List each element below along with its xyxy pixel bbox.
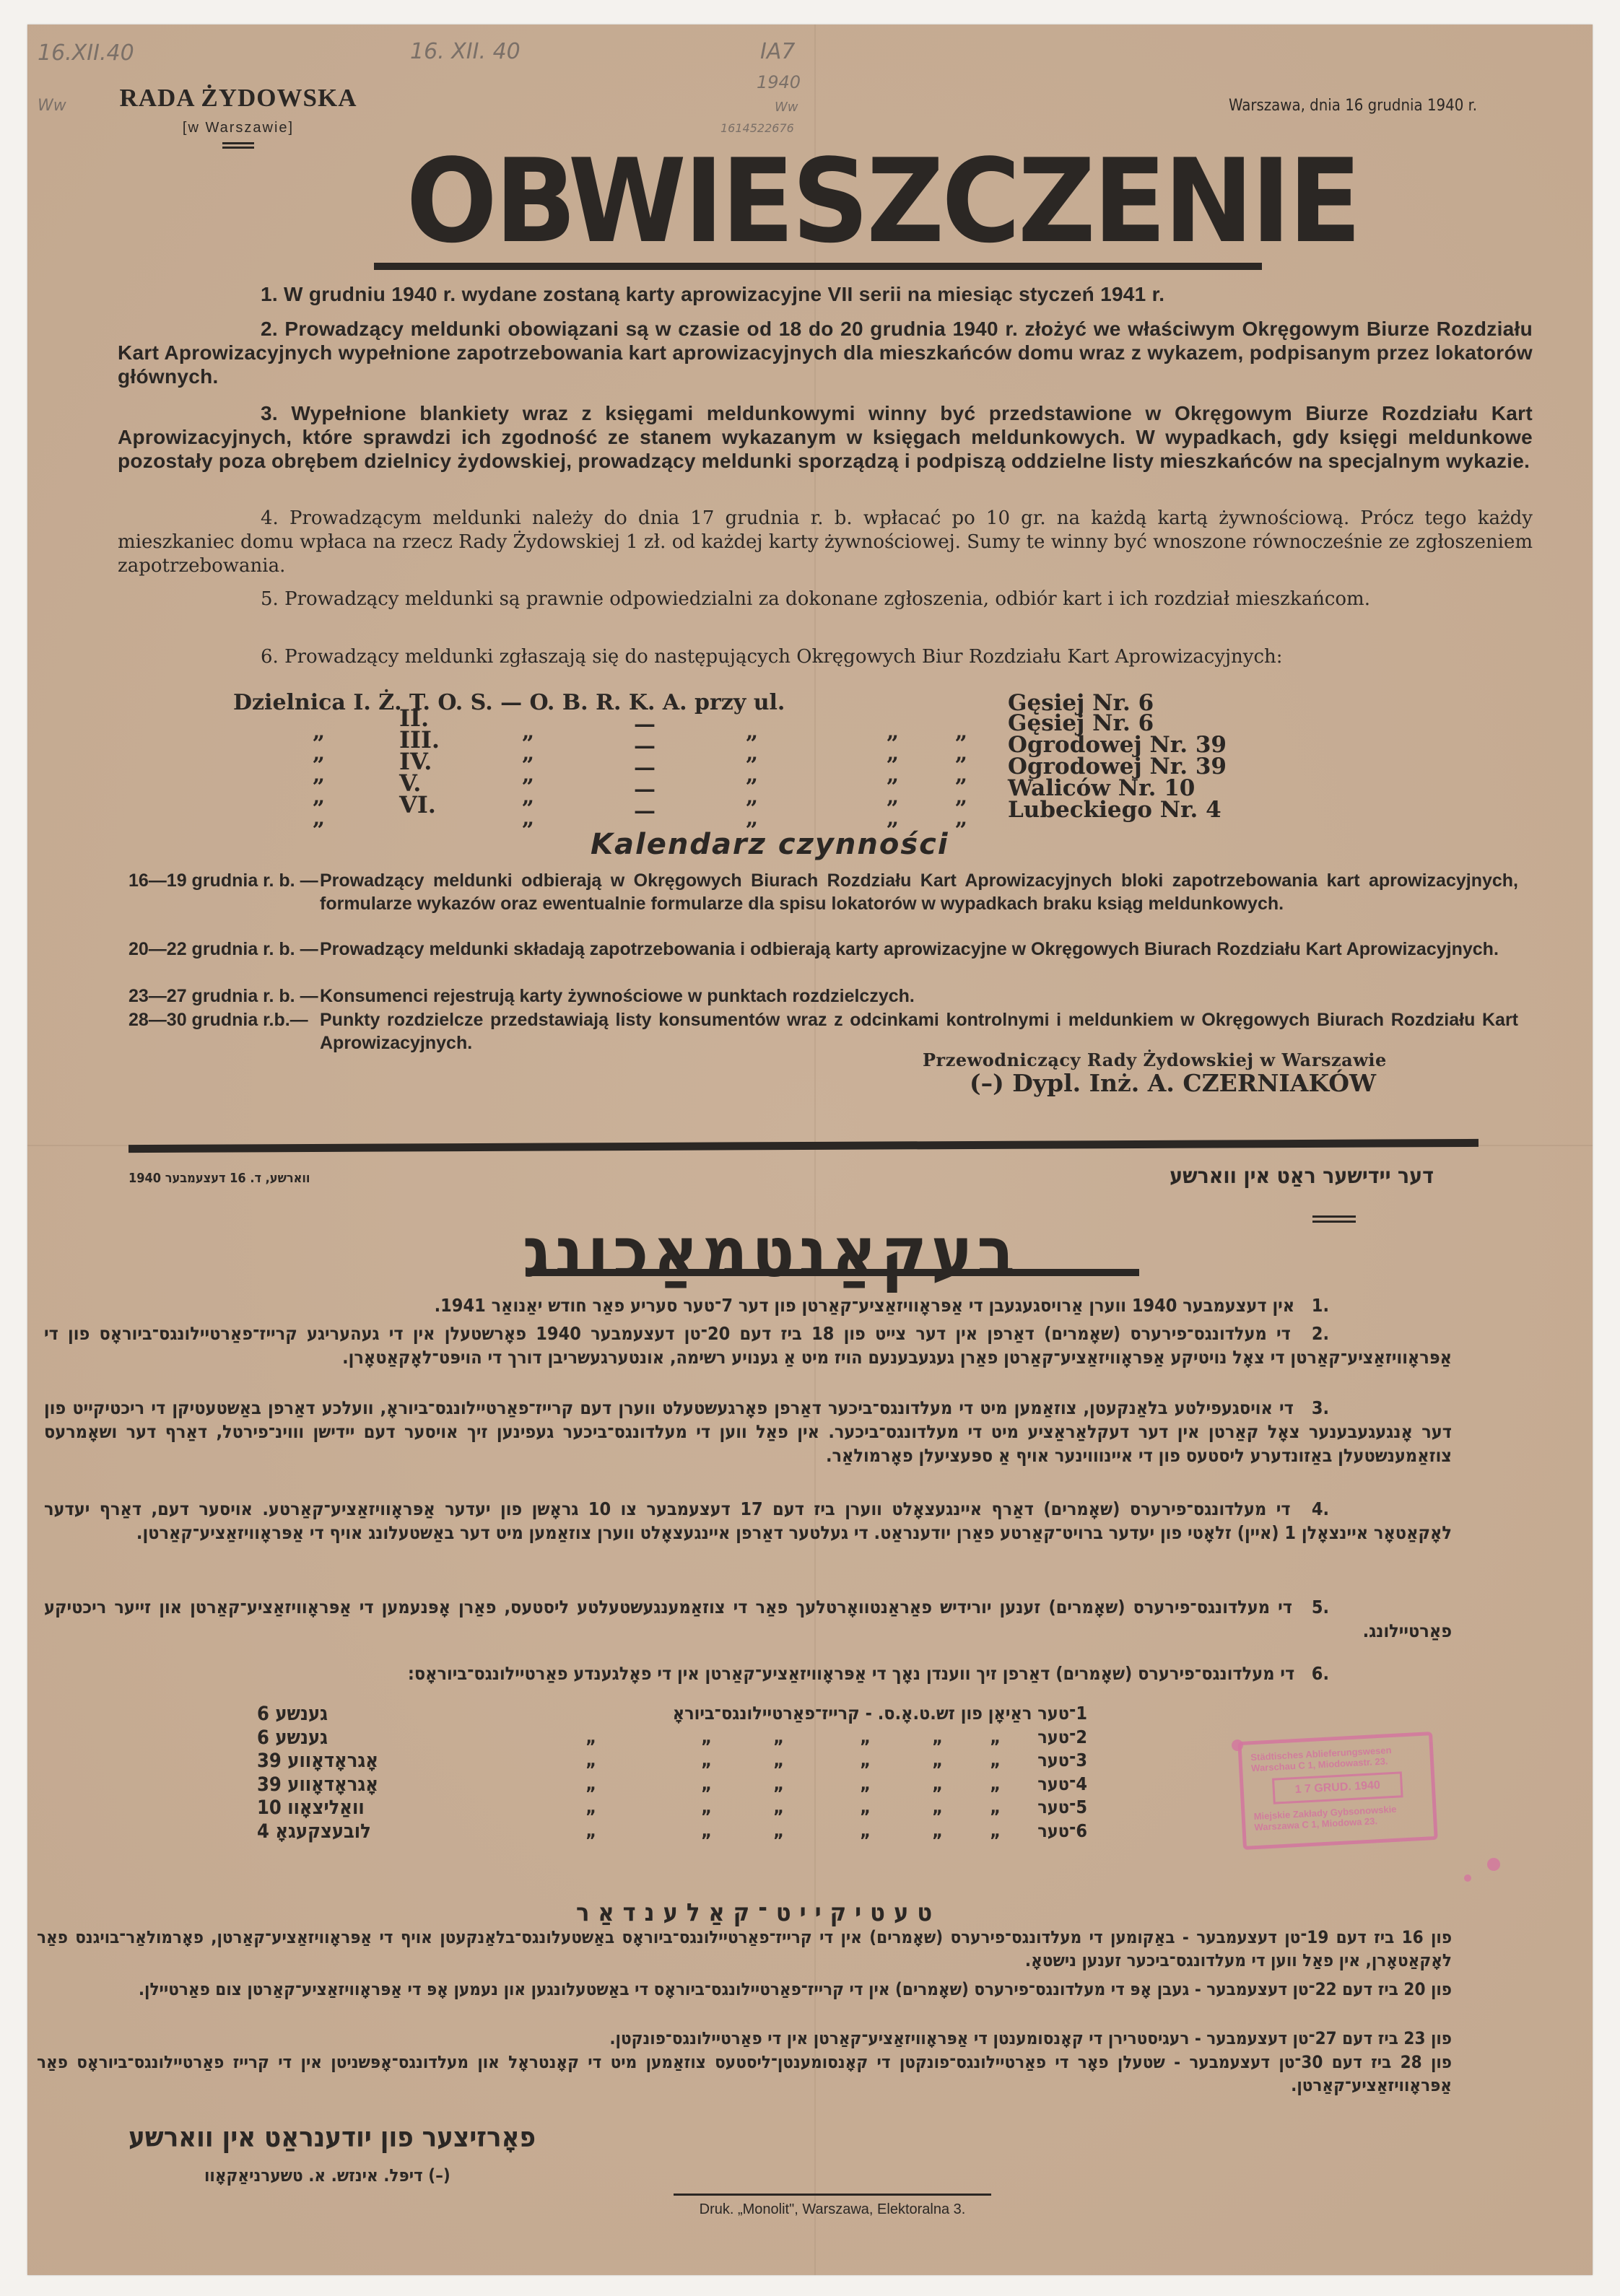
paragraph-2: 2. Prowadzący meldunki obowiązani są w c… <box>118 317 1533 388</box>
ditto-mark: „ <box>746 806 758 831</box>
ditto-mark: „ <box>932 1750 943 1771</box>
paragraph-number: .3 <box>1300 1396 1329 1420</box>
paragraph-text: די אויסגעפילטע בלאַנקעטן, צוזאַמען מיט ד… <box>44 1397 1452 1466</box>
ditto-mark: „ <box>313 806 325 831</box>
ditto-mark: „ <box>990 1750 1001 1771</box>
district-number: VI. <box>399 791 436 819</box>
section-divider <box>129 1139 1479 1153</box>
ditto-mark: „ <box>701 1820 712 1841</box>
ditto-mark: „ <box>701 1750 712 1771</box>
paragraph-number: .4 <box>1300 1497 1329 1521</box>
yiddish-signature-title: פאָרזיצער פון יודענראַט אין ווארשע <box>129 2121 536 2153</box>
paragraph-number: .6 <box>1300 1662 1329 1685</box>
ditto-mark: „ <box>773 1797 784 1817</box>
yiddish-paragraph: .4 די מעלדונגס־פירערס (שאָמרים) דאַרף אי… <box>44 1497 1452 1545</box>
paragraph-number: .5 <box>1300 1595 1329 1619</box>
calendar-text: Prowadzący meldunki składają zapotrzebow… <box>320 938 1518 961</box>
calendar-text: Punkty rozdzielcze przedstawiają listy k… <box>320 1008 1518 1055</box>
ink-spot <box>1487 1858 1500 1871</box>
issuer-block: RADA ŻYDOWSKA [w Warszawie] <box>101 84 375 149</box>
pencil-note-signature: IA7 <box>760 39 795 64</box>
calendar-dates: 20—22 grudnia r. b. — <box>129 938 318 961</box>
district-row-1: Dzielnica I. Ż. T. O. S. — O. B. R. K. A… <box>233 690 785 715</box>
ditto-mark: „ <box>990 1820 1001 1841</box>
dash-mark: — <box>634 798 656 824</box>
district-number: 6־טער <box>1037 1820 1087 1841</box>
pencil-note-ww-right: Ww <box>775 100 798 115</box>
ditto-mark: „ <box>773 1727 784 1747</box>
district-address: גענשע 6 <box>257 1727 328 1749</box>
ditto-mark: „ <box>932 1773 943 1794</box>
district-address: לובעצקעגאָ 4 <box>257 1820 371 1843</box>
yiddish-calendar-title: טעטיקייט־קאַלענדאַר <box>576 1898 941 1927</box>
poster-sheet: 16.XII.40 Ww 16. XII. 40 IA7 1940 Ww 161… <box>27 25 1593 2275</box>
ditto-mark: „ <box>701 1773 712 1794</box>
pencil-note-date-center: 16. XII. 40 <box>410 39 521 64</box>
paragraph-text: אין דעצעמבער 1940 ווערן אַרויסגעגעבן די … <box>435 1295 1295 1316</box>
yiddish-calendar-item: פון 28 ביז דעם 30־טן דעצעמבער - שטעלן פא… <box>37 2051 1452 2097</box>
paragraph-number: .1 <box>1300 1293 1329 1317</box>
paragraph-3: 3. Wypełnione blankiety wraz z księgami … <box>118 401 1533 473</box>
ditto-mark: „ <box>955 806 967 831</box>
calendar-dates: 28—30 grudnia r.b.— <box>129 1008 308 1031</box>
ink-spot <box>1464 1874 1471 1882</box>
yiddish-double-rule <box>1312 1215 1356 1223</box>
yiddish-paragraph: .6 די מעלדונגס־פירערס (שאָמרים) דאַרפן ז… <box>44 1662 1452 1685</box>
dateline: Warszawa, dnia 16 grudnia 1940 r. <box>1229 97 1477 115</box>
title-underline <box>374 263 1262 270</box>
ditto-mark: „ <box>990 1797 1001 1817</box>
district-number: 3־טער <box>1037 1750 1087 1771</box>
signature-title: Przewodniczący Rady Żydowskiej w Warszaw… <box>923 1049 1387 1070</box>
ditto-mark: „ <box>860 1750 871 1771</box>
archive-stamp: Städtisches Ablieferungswesen Warschau C… <box>1237 1732 1437 1850</box>
ditto-mark: „ <box>522 806 534 831</box>
ditto-mark: „ <box>585 1750 596 1771</box>
yiddish-title-underline <box>533 1269 1139 1276</box>
yiddish-signature-name: (–) דיפּל. אינזש. א. טשערניאַקאָוו <box>204 2165 450 2186</box>
district-number: 5־טער <box>1037 1797 1087 1817</box>
paragraph-number: .2 <box>1300 1322 1329 1345</box>
pencil-note-date: 16.XII.40 <box>38 40 134 66</box>
ditto-mark: „ <box>585 1797 596 1817</box>
yiddish-title: בעקאַנטמאַכונג <box>446 1212 1096 1293</box>
paragraph-text: די מעלדונגס־פירערס (שאָמרים) דאַרפן זיך … <box>408 1663 1294 1684</box>
paragraph-text: די מעלדונגס־פירערס (שאָמרים) דאַרף איינג… <box>44 1498 1452 1543</box>
district-number: 2־טער <box>1037 1727 1087 1747</box>
calendar-dates: 16—19 grudnia r. b. — <box>129 869 318 892</box>
yiddish-issuer: דער יידישער ראַט אין ווארשע <box>1170 1164 1434 1189</box>
paragraph-6: 6. Prowadzący meldunki zgłaszają się do … <box>118 645 1533 669</box>
calendar-title: Kalendarz czynności <box>591 828 949 861</box>
ditto-mark: „ <box>773 1750 784 1771</box>
yiddish-paragraph: .1 אין דעצעמבער 1940 ווערן אַרויסגעגעבן … <box>44 1293 1452 1317</box>
calendar-dates: 23—27 grudnia r. b. — <box>129 985 318 1008</box>
district-address: אָגראָדאָווע 39 <box>257 1750 378 1772</box>
ditto-mark: „ <box>860 1820 871 1841</box>
ditto-mark: „ <box>701 1797 712 1817</box>
ditto-mark: „ <box>990 1727 1001 1747</box>
yiddish-paragraph: .5 די מעלדונגס־פירערס (שאָמרים) זענען יו… <box>44 1595 1452 1643</box>
paragraph-1: 1. W grudniu 1940 r. wydane zostaną kart… <box>118 282 1533 306</box>
ink-spot <box>1232 1740 1243 1751</box>
yiddish-paragraph: .3 די אויסגעפילטע בלאַנקעטן, צוזאַמען מי… <box>44 1396 1452 1467</box>
calendar-text: Prowadzący meldunki odbierają w Okręgowy… <box>320 869 1518 915</box>
ditto-mark: „ <box>701 1727 712 1747</box>
ditto-mark: „ <box>932 1797 943 1817</box>
district-address: וואַליצאָוו 10 <box>257 1797 365 1819</box>
issuer-name: RADA ŻYDOWSKA <box>101 84 375 113</box>
yiddish-calendar-item: פון 16 ביז דעם 19־טן דעצעמבער - באַקומען… <box>37 1926 1452 1972</box>
ditto-mark: „ <box>887 806 899 831</box>
yiddish-paragraph: .2 די מעלדונגס־פירערס (שאָמרים) דאַרפן א… <box>44 1322 1452 1369</box>
printer-rule <box>674 2194 991 2196</box>
paragraph-text: די מעלדונגס־פירערס (שאָמרים) דאַרפן אין … <box>44 1323 1452 1368</box>
district-address: אָגראָדאָווע 39 <box>257 1773 378 1796</box>
paragraph-5: 5. Prowadzący meldunki są prawnie odpowi… <box>118 588 1533 611</box>
paragraph-4: 4. Prowadzącym meldunki należy do dnia 1… <box>118 507 1533 578</box>
ditto-mark: „ <box>773 1820 784 1841</box>
ditto-mark: „ <box>860 1773 871 1794</box>
poster-title: OBWIESZCZENIE <box>406 144 1258 259</box>
stamp-date: 1 7 GRUD. 1940 <box>1272 1771 1403 1804</box>
pencil-note-ww: Ww <box>38 97 66 115</box>
calendar-text: Konsumenci rejestrują karty żywnościowe … <box>320 985 1518 1008</box>
signature-name: (–) Dypl. Inż. A. CZERNIAKÓW <box>970 1069 1376 1097</box>
yiddish-calendar-item: פון 20 ביז דעם 22־טן דעצעמבער - געבן אָפ… <box>37 1978 1452 2001</box>
yiddish-dateline: ווארשע, ד. 16 דעצעמבער 1940 <box>129 1171 310 1186</box>
ditto-mark: „ <box>585 1820 596 1841</box>
double-rule <box>222 142 254 149</box>
district-label: 1־טער ראַיאָן פון זש.ט.אָ.ס. - קרייז־פאַ… <box>673 1703 1087 1724</box>
paragraph-text: די מעלדונגס־פירערס (שאָמרים) זענען יוריד… <box>44 1597 1452 1641</box>
yiddish-calendar-item: פון 23 ביז דעם 27־טן דעצעמבער - רעגיסטרי… <box>37 2027 1452 2050</box>
issuer-city: [w Warszawie] <box>101 120 375 136</box>
ditto-mark: „ <box>585 1727 596 1747</box>
ditto-mark: „ <box>860 1797 871 1817</box>
ditto-mark: „ <box>773 1773 784 1794</box>
district-address: גענשע 6 <box>257 1703 328 1725</box>
district-number: 4־טער <box>1037 1773 1087 1794</box>
ditto-mark: „ <box>932 1727 943 1747</box>
ditto-mark: „ <box>860 1727 871 1747</box>
ditto-mark: „ <box>990 1773 1001 1794</box>
printer-imprint: Druk. „Monolit", Warszawa, Elektoralna 3… <box>674 2201 991 2218</box>
ditto-mark: „ <box>932 1820 943 1841</box>
pencil-note-year: 1940 <box>757 72 801 92</box>
ditto-mark: „ <box>585 1773 596 1794</box>
district-address: Lubeckiego Nr. 4 <box>1008 797 1221 823</box>
